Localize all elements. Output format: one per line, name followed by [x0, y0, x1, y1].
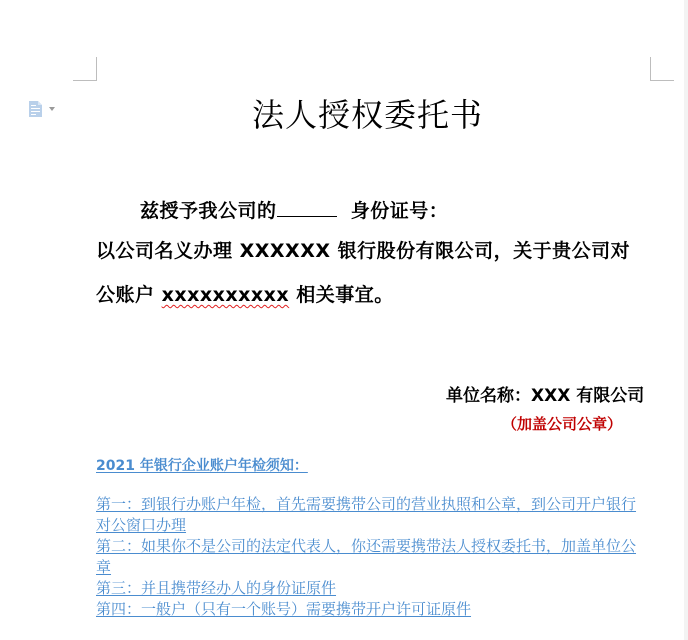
notice-item-4-link[interactable]: 第四：一般户（只有一个账号）需要携带开户许可证原件: [96, 599, 648, 620]
body-line-1: 兹授予我公司的 身份证号：: [140, 196, 448, 223]
paragraph-layout-icon[interactable]: [29, 101, 42, 117]
notice-list: 第一：到银行办账户年检，首先需要携带公司的营业执照和公章，到公司开户银行对公窗口…: [96, 494, 648, 620]
id-label: 身份证号：: [351, 200, 449, 222]
corner-mark-top-left-horizontal: [73, 80, 97, 81]
notice-item-3-link[interactable]: 第三：并且携带经办人的身份证原件: [96, 578, 648, 599]
grant-text: 兹授予我公司的: [140, 200, 277, 222]
window-edge: [684, 0, 688, 640]
name-blank[interactable]: [277, 200, 337, 217]
corner-mark-top-left-vertical: [96, 57, 97, 81]
corner-mark-top-right-horizontal: [650, 80, 674, 81]
document-title: 法人授权委托书: [252, 90, 483, 136]
seal-note: （加盖公司公章）: [502, 413, 622, 434]
notice-heading-link[interactable]: 2021 年银行企业账户年检须知：: [96, 456, 308, 477]
chevron-down-icon[interactable]: [49, 107, 55, 111]
account-label: 公账户: [96, 284, 162, 306]
body-line-2: 以公司名义办理 XXXXXX 银行股份有限公司，关于贵公司对: [96, 236, 630, 263]
account-number: xxxxxxxxxx: [162, 284, 290, 306]
corner-mark-top-right-vertical: [650, 57, 651, 81]
notice-item-2-link[interactable]: 第二：如果你不是公司的法定代表人，你还需要携带法人授权委托书，加盖单位公章: [96, 536, 648, 578]
matter-text: 相关事宜。: [289, 284, 394, 306]
notice-item-1-link[interactable]: 第一：到银行办账户年检，首先需要携带公司的营业执照和公章，到公司开户银行对公窗口…: [96, 494, 648, 536]
company-name-label: 单位名称：XXX 有限公司: [446, 381, 644, 406]
body-line-3: 公账户 xxxxxxxxxx 相关事宜。: [96, 280, 394, 307]
